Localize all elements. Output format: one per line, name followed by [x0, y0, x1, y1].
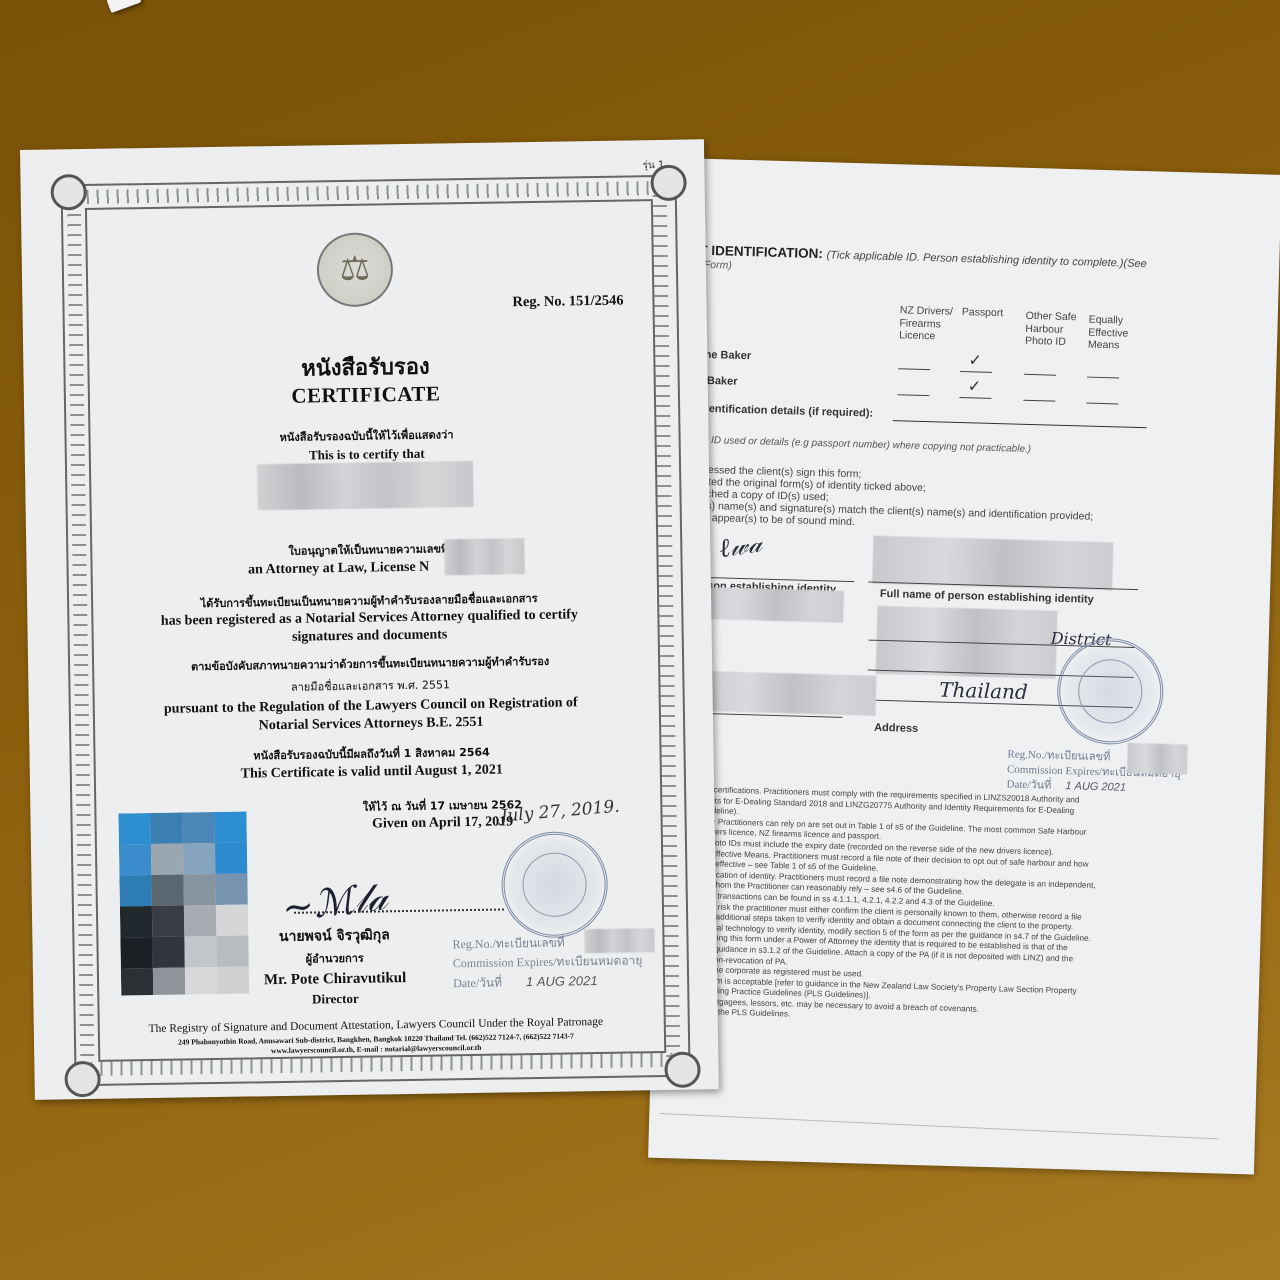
redacted-reg-no — [584, 928, 654, 953]
tick-box-2-other[interactable] — [1023, 400, 1055, 402]
corner-ornament — [64, 1061, 101, 1098]
corner-ornament — [650, 165, 687, 202]
certificate-page: รุ่น 1 Reg. No. 151/2546 หนังสือรับรอง C… — [20, 139, 719, 1100]
corner-ornament — [664, 1051, 701, 1088]
redacted-field — [693, 587, 844, 623]
col-header-nz-licence: NZ Drivers/ Firearms Licence — [899, 304, 960, 343]
id-form-page: T IDENTIFICATION: (Tick applicable ID. P… — [648, 158, 1280, 1175]
reg-number: Reg. No. 151/2546 — [512, 293, 623, 312]
paper-clip — [107, 0, 142, 13]
id-details-field[interactable] — [893, 420, 1147, 428]
col-header-other-safe-harbour: Other Safe Harbour Photo ID — [1025, 310, 1088, 349]
handwritten-country: Thailand — [939, 678, 1028, 704]
redacted-attorney-name — [257, 461, 474, 510]
tick-box-1-passport[interactable] — [960, 371, 992, 373]
redacted-license-no — [444, 538, 525, 575]
tick-box-1-equal[interactable] — [1087, 377, 1119, 379]
fullname-label: Full name of person establishing identit… — [880, 588, 1094, 606]
check-icon: ✓ — [967, 376, 981, 396]
form-heading: T IDENTIFICATION: (Tick applicable ID. P… — [699, 243, 1147, 270]
tick-box-2-nz[interactable] — [897, 394, 929, 396]
notary-seal — [1056, 637, 1165, 746]
redacted-field-2 — [691, 671, 877, 716]
tick-box-1-other[interactable] — [1024, 374, 1056, 376]
id-details-note: y of ID used or details (e.g passport nu… — [692, 435, 1031, 455]
id-details-label: Identification details (if required): — [699, 403, 873, 420]
redacted-reg-no — [1127, 743, 1188, 775]
tick-box-2-passport[interactable] — [959, 397, 991, 399]
address-label: Address — [874, 722, 918, 735]
check-icon: ✓ — [968, 350, 982, 370]
col-header-equally-effective: Equally Effective Means — [1088, 314, 1149, 353]
tick-box-1-nz[interactable] — [898, 368, 930, 370]
declarations: witnessed the client(s) sign this form; … — [688, 463, 1095, 534]
page-rule — [659, 1113, 1218, 1139]
col-header-passport: Passport — [962, 306, 1022, 320]
tick-box-2-equal[interactable] — [1086, 403, 1118, 405]
